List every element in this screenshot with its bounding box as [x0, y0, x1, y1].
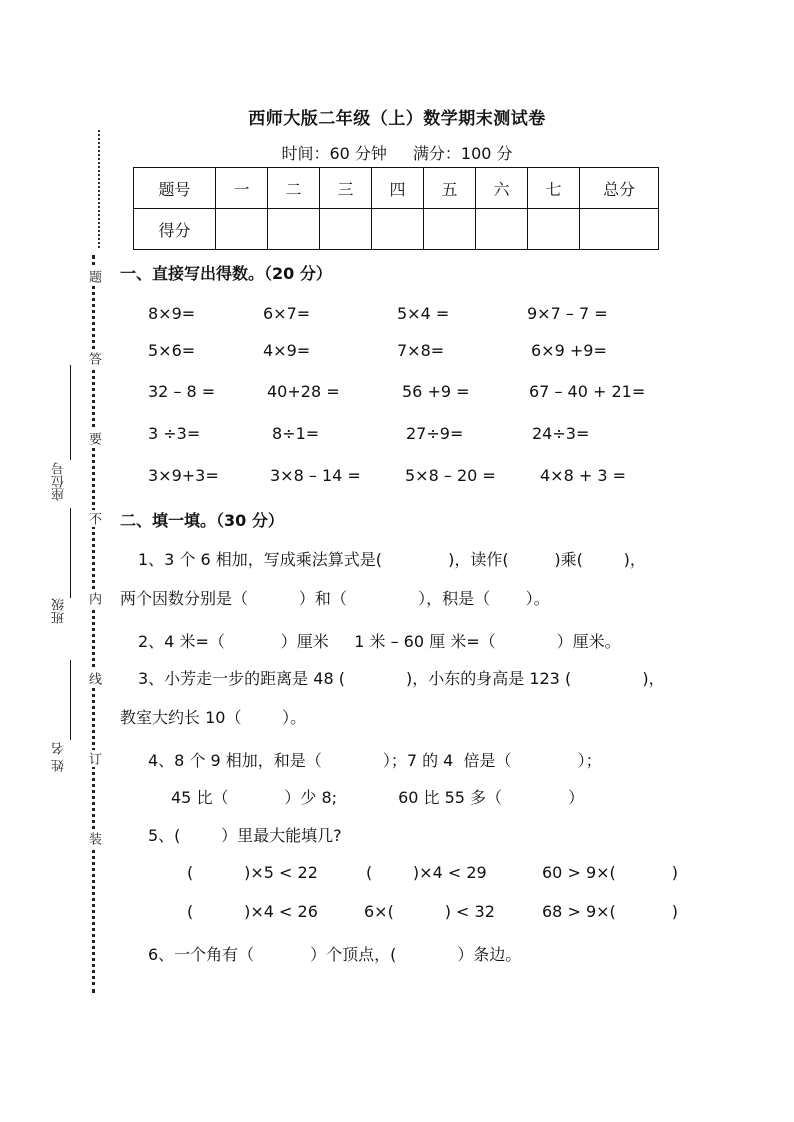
seat-number-label: 座位号 — [52, 462, 68, 501]
arith-problem: 8×9= — [148, 304, 195, 323]
arith-problem: 5×6= — [148, 341, 195, 360]
score-table: 题号 一 二 三 四 五 六 七 总分 得分 — [133, 167, 659, 250]
seat-number-underline — [70, 365, 71, 460]
arith-problem: 4×8 + 3 = — [540, 466, 626, 485]
header-cell: 七 — [528, 168, 580, 209]
arith-problem: 24÷3= — [532, 424, 589, 443]
score-row-label: 得分 — [134, 209, 216, 250]
binding-char: 订 — [85, 750, 101, 767]
section-2-heading: 二、填一填。（30 分） — [120, 508, 284, 531]
binding-char: 答 — [85, 350, 101, 367]
arith-problem: 3 ÷3= — [148, 424, 200, 443]
question-2: 2、4 米=（ ）厘米 1 米 – 60 厘 米=（ ）厘米。 — [138, 629, 621, 652]
score-cell[interactable] — [528, 209, 580, 250]
arith-problem: 3×8 – 14 = — [270, 466, 361, 485]
binding-char: 要 — [85, 430, 101, 447]
question-4-line-1: 4、8 个 9 相加，和是（ ）；7 的 4 倍是（ ）； — [148, 748, 602, 771]
inequality-problem: 6×( ) < 32 — [364, 902, 495, 921]
exam-title: 西师大版二年级（上）数学期末测试卷 — [0, 104, 794, 129]
inequality-problem: 68 > 9×( ) — [542, 902, 678, 921]
binding-char: 线 — [85, 670, 101, 687]
time-limit: 时间：60 分钟 — [281, 144, 386, 163]
arith-problem: 4×9= — [263, 341, 310, 360]
score-cell[interactable] — [580, 209, 659, 250]
score-cell[interactable] — [476, 209, 528, 250]
inequality-problem: ( )×4 < 26 — [187, 902, 318, 921]
header-cell: 题号 — [134, 168, 216, 209]
header-cell: 一 — [216, 168, 268, 209]
question-3-line-2: 教室大约长 10（ ）。 — [120, 705, 306, 728]
header-cell: 四 — [372, 168, 424, 209]
score-cell[interactable] — [424, 209, 476, 250]
arith-problem: 6×7= — [263, 304, 310, 323]
binding-char: 题 — [85, 268, 101, 285]
binding-char: 装 — [85, 830, 101, 847]
inequality-problem: ( )×4 < 29 — [366, 863, 487, 882]
header-cell: 总分 — [580, 168, 659, 209]
class-label: 班级 — [52, 598, 68, 624]
question-3-line-1: 3、小芳走一步的距离是 48 ( )，小东的身高是 123 ( )， — [138, 666, 665, 689]
arith-problem: 40+28 = — [267, 382, 340, 401]
arith-problem: 3×9+3= — [148, 466, 219, 485]
name-underline[interactable] — [70, 660, 71, 740]
arith-problem: 6×9 +9= — [531, 341, 607, 360]
section-1-heading: 一、直接写出得数。（20 分） — [120, 261, 332, 284]
binding-dotted-line-top — [98, 130, 100, 248]
question-1-line-1: 1、3 个 6 相加，写成乘法算式是( )，读作( )乘( )， — [138, 547, 646, 570]
score-cell[interactable] — [372, 209, 424, 250]
arith-problem: 32 – 8 = — [148, 382, 215, 401]
inequality-problem: ( )×5 < 22 — [187, 863, 318, 882]
class-underline[interactable] — [70, 508, 71, 598]
question-6: 6、一个角有（ ）个顶点，( ）条边。 — [148, 942, 521, 965]
score-cell[interactable] — [268, 209, 320, 250]
arith-problem: 67 – 40 + 21= — [529, 382, 645, 401]
arith-problem: 8÷1= — [272, 424, 319, 443]
score-cell[interactable] — [216, 209, 268, 250]
arith-problem: 56 +9 = — [402, 382, 470, 401]
header-cell: 五 — [424, 168, 476, 209]
arith-problem: 27÷9= — [406, 424, 463, 443]
arith-problem: 7×8= — [397, 341, 444, 360]
header-cell: 六 — [476, 168, 528, 209]
arith-problem: 9×7 – 7 = — [527, 304, 608, 323]
question-5-heading: 5、( ）里最大能填几? — [148, 823, 342, 846]
score-table-score-row: 得分 — [134, 209, 659, 250]
header-cell: 三 — [320, 168, 372, 209]
score-cell[interactable] — [320, 209, 372, 250]
arith-problem: 5×4 = — [397, 304, 449, 323]
name-label: 姓 名 — [52, 742, 68, 772]
question-4-line-2: 45 比（ ）少 8; 60 比 55 多（ ） — [171, 785, 584, 808]
header-cell: 二 — [268, 168, 320, 209]
score-table-header-row: 题号 一 二 三 四 五 六 七 总分 — [134, 168, 659, 209]
arith-problem: 5×8 – 20 = — [405, 466, 496, 485]
inequality-problem: 60 > 9×( ) — [542, 863, 678, 882]
full-score: 满分：100 分 — [413, 144, 513, 163]
exam-info: 时间：60 分钟满分：100 分 — [0, 141, 794, 164]
question-1-line-2: 两个因数分别是（ ）和（ ），积是（ ）。 — [120, 586, 550, 609]
binding-char: 内 — [85, 590, 101, 607]
binding-char: 不 — [85, 510, 101, 527]
